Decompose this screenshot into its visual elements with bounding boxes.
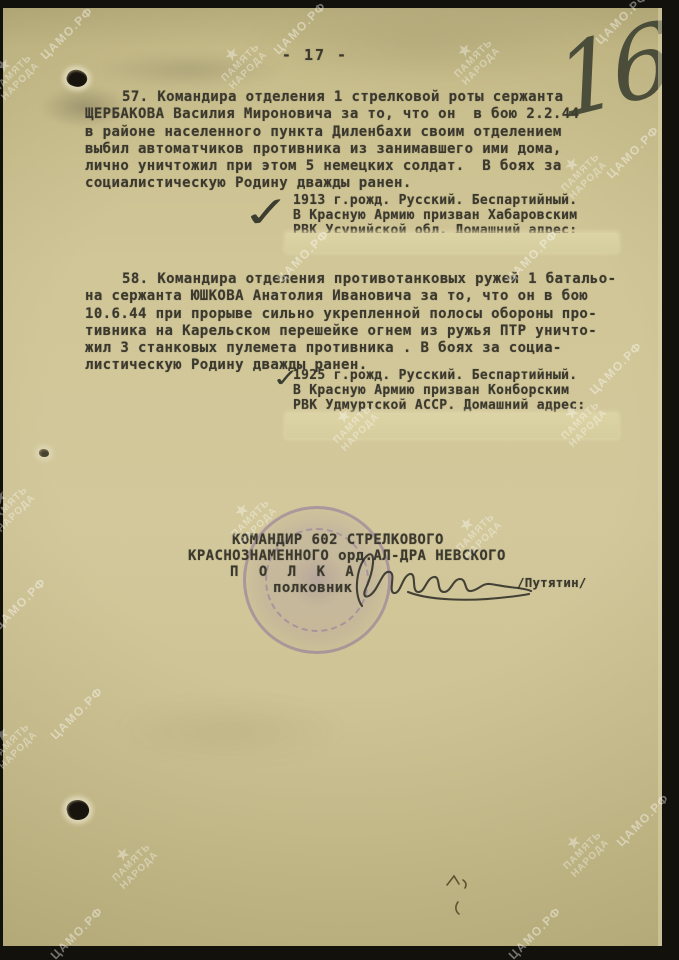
punch-hole-bottom [65, 798, 91, 822]
star-icon: ★ [101, 832, 146, 877]
entry-57-bio: 1913 г.рожд. Русский. Беспартийный.В Кра… [293, 194, 577, 238]
entry-58-text-line: на сержанта ЮШКОВА Анатолия Ивановича за… [85, 288, 615, 305]
entry-57-bio-line: В Красную Армию призван Хабаровским [293, 209, 577, 224]
entry-57-bio-line: 1913 г.рожд. Русский. Беспартийный. [293, 194, 577, 209]
star-icon: ★ [443, 28, 488, 73]
paper-flaw [39, 449, 49, 457]
pamyat-naroda-watermark: ★ПАМЯТЬНАРОДА [0, 43, 42, 103]
pamyat-naroda-watermark: ★ПАМЯТЬНАРОДА [0, 475, 38, 535]
entry-58-bio: 1925 г.рожд. Русский. Беспартийный.В Кра… [293, 369, 586, 413]
pamyat-naroda-watermark: ★ПАМЯТЬНАРОДА [443, 28, 503, 88]
pamyat-naroda-watermark: ★ПАМЯТЬНАРОДА [552, 820, 612, 880]
camo-watermark: ЦАМО.РФ [0, 575, 49, 633]
entry-58-text-line: жил 3 станковых пулемета противника . В … [85, 340, 615, 357]
checkmark-annotation-57: ✓ [239, 187, 294, 238]
entry-58-bio-line: В Красную Армию призван Конборским [293, 384, 586, 399]
pamyat-naroda-watermark: ★ПАМЯТЬНАРОДА [101, 832, 161, 892]
star-icon: ★ [220, 488, 265, 533]
camo-watermark: ЦАМО.РФ [38, 4, 96, 62]
entry-57-text-line: в районе населенного пункта Диленбахи св… [85, 124, 615, 141]
entry-57-text-line: 57. Командира отделения 1 стрелковой рот… [85, 89, 615, 106]
paper-discoloration [120, 700, 340, 760]
scan-edge-right [662, 0, 679, 960]
redacted-address-area-57 [286, 233, 618, 252]
signature-rank: полковник [273, 580, 352, 596]
entry-58-bio-line: РВК Удмуртской АССР. Домашний адрес: [293, 399, 586, 414]
camo-watermark: ЦАМО.РФ [48, 684, 106, 742]
paper-discoloration [250, 10, 590, 80]
signature-title-line3: П О Л К А [230, 564, 360, 580]
star-icon: ★ [0, 43, 27, 88]
scan-edge-bottom [0, 946, 679, 960]
entry-58-paragraph: 58. Командира отделения противотанковых … [85, 271, 615, 375]
entry-58-text-line: 58. Командира отделения противотанковых … [85, 271, 615, 288]
entry-58-text-line: тивника на Карельском перешейке огнем из… [85, 323, 615, 340]
star-icon: ★ [0, 475, 23, 520]
checkmark-annotation-58: ✓ [271, 363, 301, 393]
star-icon: ★ [445, 502, 490, 547]
page-number: - 17 - [255, 46, 375, 64]
entry-58-text-line: 10.6.44 при прорыве сильно укрепленной п… [85, 306, 615, 323]
punch-hole-top [64, 67, 89, 91]
scan-edge-left [0, 0, 3, 960]
entry-57-text-line: лично уничтожил при этом 5 немецких солд… [85, 158, 615, 175]
entry-57-text-line: выбил автоматчиков противника из занимав… [85, 141, 615, 158]
entry-57-paragraph: 57. Командира отделения 1 стрелковой рот… [85, 89, 615, 193]
entry-58-bio-line: 1925 г.рожд. Русский. Беспартийный. [293, 369, 586, 384]
pen-marks [442, 872, 476, 916]
pamyat-naroda-watermark: ★ПАМЯТЬНАРОДА [0, 712, 40, 772]
handwritten-signature [348, 548, 533, 612]
signature-title-line1: КОМАНДИР 602 СТРЕЛКОВОГО [232, 532, 444, 548]
star-icon: ★ [210, 32, 255, 77]
entry-57-text-line: ЩЕРБАКОВА Василия Мироновича за то, что … [85, 106, 615, 123]
entry-57-text-line: социалистическую Родину дважды ранен. [85, 175, 615, 192]
star-icon: ★ [0, 712, 25, 757]
document-page: - 17 - 168 57. Командира отделения 1 стр… [0, 0, 679, 960]
star-icon: ★ [552, 820, 597, 865]
scan-edge-top [0, 0, 679, 8]
redacted-address-area-58 [286, 413, 618, 438]
